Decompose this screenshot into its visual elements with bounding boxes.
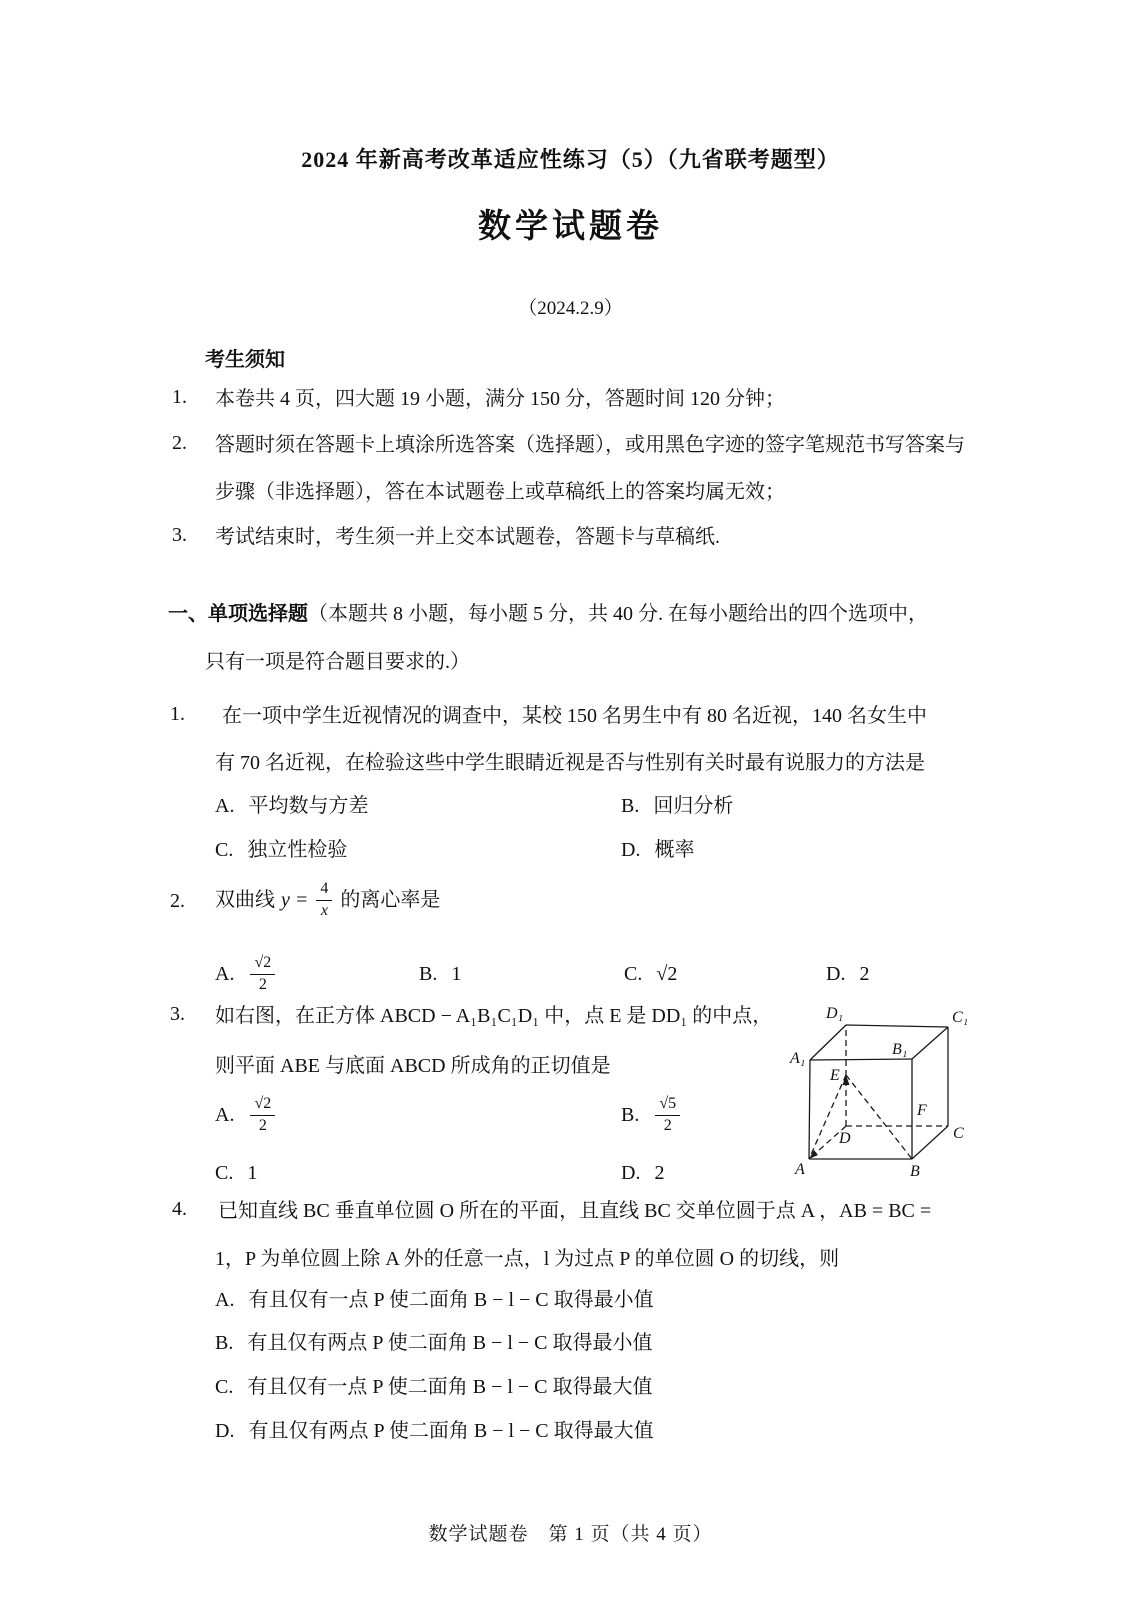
question-3-line1: 如右图，在正方体 ABCD − A₁B₁C₁D₁ 中，点 E 是 DD₁ 的中点… bbox=[215, 1003, 772, 1029]
question-3-option-c: C. 1 bbox=[215, 1160, 257, 1186]
vertex-label-C1: C₁ bbox=[952, 1009, 968, 1026]
option-label: A. bbox=[215, 1102, 234, 1128]
vertex-label-B1: B₁ bbox=[892, 1041, 907, 1058]
question-4-option-d: D. 有且仅有两点 P 使二面角 B − l − C 取得最大值 bbox=[215, 1418, 654, 1444]
option-text: 1 bbox=[247, 1160, 257, 1186]
section-heading-line2: 只有一项是符合题目要求的.） bbox=[205, 649, 470, 675]
fraction-denominator: x bbox=[316, 901, 332, 920]
option-fraction: √2 2 bbox=[250, 954, 275, 994]
section-heading-line1: 一、单项选择题（本题共 8 小题，每小题 5 分，共 40 分. 在每小题给出的… bbox=[168, 601, 928, 627]
notice-item-2-line1: 答题时须在答题卡上填涂所选答案（选择题），或用黑色字迹的签字笔规范书写答案与 bbox=[215, 432, 965, 458]
option-label: A. bbox=[215, 961, 234, 987]
question-1-line2: 有 70 名近视，在检验这些中学生眼睛近视是否与性别有关时最有说服力的方法是 bbox=[215, 750, 925, 776]
fraction-numerator: √5 bbox=[655, 1095, 680, 1115]
option-text: √2 bbox=[656, 961, 677, 987]
exam-paper-title: 数学试题卷 bbox=[0, 206, 1141, 249]
exam-date: （2024.2.9） bbox=[0, 297, 1141, 322]
vertex-label-A: A bbox=[794, 1161, 805, 1178]
question-3-option-d: D. 2 bbox=[621, 1160, 664, 1186]
notice-heading: 考生须知 bbox=[205, 347, 285, 373]
fraction-denominator: 2 bbox=[250, 1116, 275, 1135]
option-label: D. bbox=[621, 1160, 640, 1186]
question-3-line2: 则平面 ABE 与底面 ABCD 所成角的正切值是 bbox=[215, 1053, 611, 1079]
fraction-numerator: √2 bbox=[250, 1095, 275, 1115]
question-4-line2: 1，P 为单位圆上除 A 外的任意一点，l 为过点 P 的单位圆 O 的切线，则 bbox=[215, 1246, 839, 1272]
notice-item-3-text: 考试结束时，考生须一并上交本试题卷，答题卡与草稿纸. bbox=[215, 524, 720, 550]
option-text: 回归分析 bbox=[653, 793, 733, 819]
cube-solid-edges bbox=[809, 1025, 948, 1159]
question-4-option-b: B. 有且仅有两点 P 使二面角 B − l − C 取得最小值 bbox=[215, 1330, 653, 1356]
option-fraction: √2 2 bbox=[250, 1095, 275, 1135]
option-text: 有且仅有一点 P 使二面角 B − l − C 取得最大值 bbox=[247, 1374, 652, 1400]
option-label: B. bbox=[621, 793, 639, 819]
vertex-label-A1: A₁ bbox=[789, 1050, 805, 1067]
question-1-number: 1. bbox=[170, 703, 185, 726]
vertex-label-C: C bbox=[953, 1125, 964, 1142]
option-label: A. bbox=[215, 793, 234, 819]
question-2-option-a: A. √2 2 bbox=[215, 950, 277, 998]
question-4-number: 4. bbox=[172, 1198, 187, 1221]
option-label: A. bbox=[215, 1287, 234, 1313]
question-3-option-b: B. √5 2 bbox=[621, 1091, 682, 1139]
option-label: B. bbox=[621, 1102, 639, 1128]
question-1-option-c: C. 独立性检验 bbox=[215, 837, 347, 863]
option-fraction: √5 2 bbox=[655, 1095, 680, 1135]
point-label-F: F bbox=[916, 1102, 927, 1119]
fraction-numerator: √2 bbox=[250, 954, 275, 974]
question-3-number: 3. bbox=[170, 1003, 185, 1026]
option-text: 平均数与方差 bbox=[248, 793, 368, 819]
q2-variable: y = bbox=[281, 887, 308, 913]
option-text: 独立性检验 bbox=[247, 837, 347, 863]
option-label: B. bbox=[419, 961, 437, 987]
notice-item-1-text: 本卷共 4 页，四大题 19 小题，满分 150 分，答题时间 120 分钟； bbox=[215, 386, 785, 412]
footer-page-number: 数学试题卷 第 1 页（共 4 页） bbox=[0, 1523, 1141, 1548]
question-4-option-a: A. 有且仅有一点 P 使二面角 B − l − C 取得最小值 bbox=[215, 1287, 654, 1313]
option-label: C. bbox=[215, 1160, 233, 1186]
notice-item-3-number: 3. bbox=[172, 524, 187, 547]
vertex-label-D1: D₁ bbox=[825, 1005, 843, 1022]
option-text: 有且仅有两点 P 使二面角 B − l − C 取得最小值 bbox=[247, 1330, 652, 1356]
option-label: C. bbox=[215, 837, 233, 863]
option-label: D. bbox=[215, 1418, 234, 1444]
point-label-E: E bbox=[829, 1067, 840, 1084]
question-2-number: 2. bbox=[170, 890, 185, 913]
question-3-option-a: A. √2 2 bbox=[215, 1091, 277, 1139]
fraction-denominator: 2 bbox=[250, 975, 275, 994]
question-2-option-b: B. 1 bbox=[419, 950, 461, 998]
cube-figure: A B C D A₁ B₁ C₁ D₁ E F bbox=[770, 975, 995, 1187]
notice-item-2-line2: 步骤（非选择题），答在本试题卷上或草稿纸上的答案均属无效； bbox=[215, 479, 785, 505]
q2-stem-pre: 双曲线 bbox=[215, 887, 275, 913]
q2-fraction: 4 x bbox=[316, 880, 332, 920]
vertex-label-D: D bbox=[838, 1130, 851, 1147]
exam-series-title: 2024 年新高考改革适应性练习（5）（九省联考题型） bbox=[0, 146, 1141, 175]
exam-page: 2024 年新高考改革适应性练习（5）（九省联考题型） 数学试题卷 （2024.… bbox=[0, 0, 1141, 1614]
option-label: C. bbox=[624, 961, 642, 987]
q2-stem-post: 的离心率是 bbox=[340, 887, 440, 913]
question-2-option-c: C. √2 bbox=[624, 950, 677, 998]
option-text: 概率 bbox=[654, 837, 694, 863]
question-2-stem: 双曲线 y = 4 x 的离心率是 bbox=[215, 878, 440, 922]
section-label: 一、单项选择题 bbox=[168, 603, 308, 625]
question-1-line1: 在一项中学生近视情况的调查中，某校 150 名男生中有 80 名近视，140 名… bbox=[222, 703, 927, 729]
section-description: （本题共 8 小题，每小题 5 分，共 40 分. 在每小题给出的四个选项中， bbox=[308, 603, 928, 625]
option-text: 1 bbox=[451, 961, 461, 987]
fraction-numerator: 4 bbox=[316, 880, 332, 900]
question-1-option-b: B. 回归分析 bbox=[621, 793, 733, 819]
notice-item-2-number: 2. bbox=[172, 432, 187, 455]
option-label: C. bbox=[215, 1374, 233, 1400]
question-4-option-c: C. 有且仅有一点 P 使二面角 B − l − C 取得最大值 bbox=[215, 1374, 653, 1400]
fraction-denominator: 2 bbox=[655, 1116, 680, 1135]
question-4-line1: 已知直线 BC 垂直单位圆 O 所在的平面，且直线 BC 交单位圆于点 A ，A… bbox=[218, 1198, 931, 1224]
question-1-option-d: D. 概率 bbox=[621, 837, 694, 863]
notice-item-1-number: 1. bbox=[172, 386, 187, 409]
option-text: 2 bbox=[654, 1160, 664, 1186]
option-label: B. bbox=[215, 1330, 233, 1356]
question-1-option-a: A. 平均数与方差 bbox=[215, 793, 368, 819]
option-text: 有且仅有一点 P 使二面角 B − l − C 取得最小值 bbox=[248, 1287, 653, 1313]
option-text: 有且仅有两点 P 使二面角 B − l − C 取得最大值 bbox=[248, 1418, 653, 1444]
option-label: D. bbox=[621, 837, 640, 863]
vertex-label-B: B bbox=[910, 1163, 920, 1180]
arrowhead-at-A bbox=[809, 1150, 818, 1159]
